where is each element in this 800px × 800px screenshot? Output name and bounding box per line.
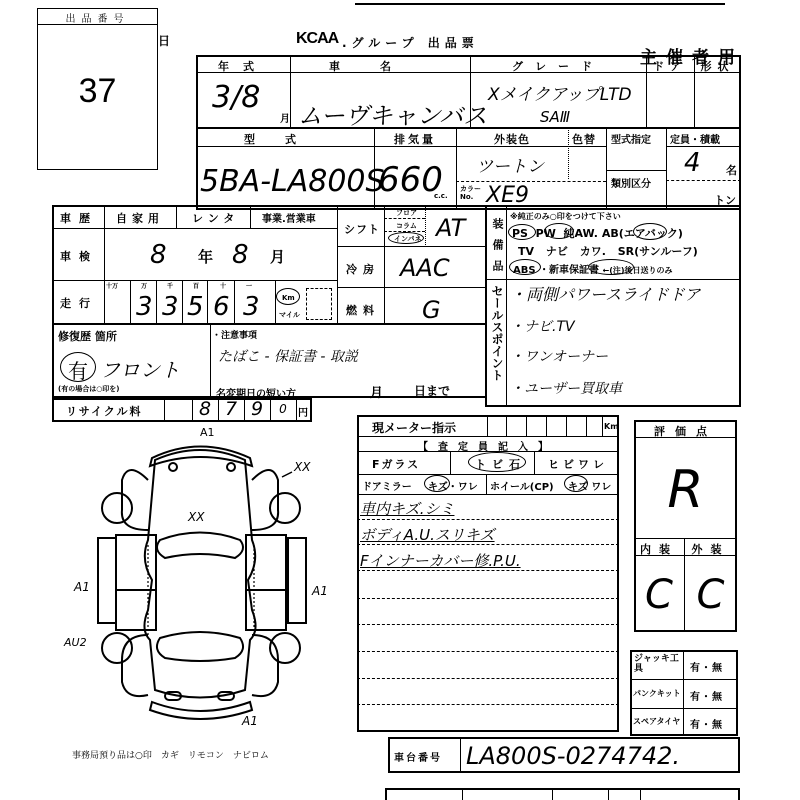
- mirror-circle-mark: [424, 475, 450, 492]
- meter-unit: Km: [604, 422, 619, 431]
- displacement-unit: c.c.: [434, 192, 448, 200]
- fglass-label: Fガラス: [372, 456, 420, 472]
- abs-circle-mark: [509, 259, 541, 275]
- pw-circle-mark: [544, 223, 574, 239]
- form-title: .グループ 出品票: [342, 34, 479, 51]
- mileage-digit: 5: [187, 292, 204, 322]
- grade-label: グレード: [470, 58, 646, 74]
- diagram-mark: A1: [242, 714, 258, 728]
- org-logo: KCAA: [296, 30, 338, 48]
- diagram-mark: A1: [200, 426, 215, 439]
- shift-circle-mark: [388, 232, 424, 244]
- shift-option-floor: フロア: [396, 208, 417, 218]
- year-value: 3/8: [212, 80, 260, 115]
- remark-line: 車内キズ.シミ: [360, 498, 454, 519]
- accessory-label: スペアタイヤ: [633, 716, 680, 727]
- exterior-label: 外装: [684, 541, 737, 557]
- repair-circle-mark: [60, 352, 96, 382]
- wheel-label: ホイール(CP): [490, 478, 554, 493]
- mirror-label: ドアミラー: [362, 478, 412, 493]
- warranty-circle-mark: [588, 259, 634, 275]
- shift-label: シフト: [344, 221, 380, 237]
- digit-label-100k: 十万: [106, 281, 118, 290]
- grade-value-2: SAⅢ: [540, 108, 570, 126]
- chassis-label: 車台番号: [394, 749, 442, 764]
- diagram-mark: A1: [74, 580, 90, 594]
- lot-number-label: 出品番号: [37, 10, 158, 25]
- recycle-unit: 円: [298, 404, 308, 419]
- accessory-value: 有・無: [690, 659, 723, 674]
- inspection-year-char: 年: [198, 246, 215, 267]
- color-change-label: 色替: [572, 131, 596, 147]
- chip-circle-mark: [468, 452, 526, 472]
- digit-label-1: 一: [246, 281, 252, 290]
- chassis-value: LA800S-0274742.: [466, 742, 680, 770]
- recycle-digit: 7: [218, 398, 244, 420]
- accessory-label: パンクキット: [633, 688, 681, 699]
- remark-line: Fインナーカバー修.P.U.: [360, 550, 521, 571]
- diagram-mark: A1: [312, 584, 328, 598]
- recycle-label: リサイクル料: [66, 403, 142, 419]
- interior-value: C: [634, 572, 684, 618]
- accessory-value: 有・無: [690, 688, 723, 703]
- capacity-value: 4: [684, 148, 701, 178]
- inspector-label: 【査定員記入】: [357, 438, 619, 453]
- notes-label: ・注意事項: [212, 328, 257, 341]
- exterior-value: C: [684, 572, 737, 618]
- equip-navi: ナビ: [546, 245, 568, 258]
- shape-label: 形状: [694, 58, 741, 74]
- digit-label-10k: 万: [141, 281, 147, 290]
- inspection-month-char: 月: [270, 246, 287, 267]
- fuel-value: G: [422, 296, 441, 324]
- model-value: 5BA-LA800S: [200, 164, 385, 199]
- car-name-value: ムーヴキャンバス: [298, 96, 487, 131]
- door-label: ドア: [646, 58, 694, 74]
- aircon-label: 冷房: [346, 261, 380, 277]
- shift-value: AT: [436, 214, 465, 242]
- capacity-unit: 名: [726, 162, 739, 178]
- year-month-char: 月: [280, 110, 292, 125]
- day-char: 日: [158, 32, 172, 49]
- accessory-value: 有・無: [690, 716, 723, 731]
- color-label: 外装色: [494, 131, 530, 147]
- interior-label: 内装: [634, 541, 684, 557]
- diagram-mark: AU2: [64, 636, 87, 649]
- equipment-line-2: TV ナビ カワ. SR(サンルーフ): [518, 243, 698, 259]
- equip-tv: TV: [518, 245, 534, 258]
- displacement-label: 排気量: [374, 131, 456, 147]
- notes-value: たばこ ‐ 保証書 ‐ 取説: [218, 346, 358, 366]
- recycle-digit: 0: [270, 402, 296, 416]
- inspection-year: 8: [150, 240, 167, 270]
- usage-option-rental: レンタ: [192, 210, 239, 226]
- color-value: ツートン: [476, 152, 544, 177]
- ab-circle-mark: [633, 223, 667, 240]
- diagram-mark: XX: [188, 510, 204, 524]
- sales-point-item: ・ユーザー買取車: [510, 378, 622, 398]
- mileage-digit: 3: [162, 292, 179, 322]
- diagram-mark: XX: [294, 460, 310, 474]
- repair-label: 修復歴 箇所: [58, 328, 117, 344]
- ps-circle-mark: [508, 224, 536, 240]
- mileage-unit-mile: マイル: [279, 310, 300, 320]
- usage-label: 車歴: [60, 210, 98, 226]
- bottom-table-edge: [385, 788, 740, 800]
- digit-label-1k: 千: [167, 281, 173, 290]
- km-circle-mark: [276, 288, 300, 305]
- car-name-label: 車名: [290, 58, 470, 74]
- usage-option-private: 自家用: [116, 210, 164, 226]
- aircon-value: AAC: [400, 254, 450, 282]
- keys-note: 事務局預り品は○印 カギ リモコン ナビロム: [72, 748, 269, 761]
- digit-label-10: 十: [220, 281, 226, 290]
- wheel-circle-mark: [564, 475, 588, 492]
- recycle-digit: 8: [192, 398, 218, 420]
- sales-point-item: ・両側パワースライドドア: [510, 282, 700, 305]
- sales-points-label: セールスポイント: [489, 285, 506, 381]
- year-label: 年式: [196, 58, 290, 74]
- model-label: 型式: [196, 131, 374, 147]
- inspection-month: 8: [232, 240, 249, 270]
- mile-box: [306, 288, 332, 320]
- type-designation-label: 型式指定: [611, 131, 651, 146]
- repair-location: フロント: [100, 354, 180, 383]
- shift-option-column: コラム: [396, 221, 417, 231]
- accessory-label: ジャッキ工具: [634, 654, 680, 674]
- fuel-label: 燃料: [346, 302, 380, 318]
- recycle-digit: 9: [244, 398, 270, 420]
- mileage-label: 走行: [60, 295, 98, 311]
- lot-number: 37: [37, 72, 158, 111]
- mileage-digit: 6: [213, 292, 230, 322]
- repair-note: (有の場合は○印を): [58, 384, 120, 394]
- equip-ab: AB: [602, 227, 619, 240]
- inspection-label: 車検: [60, 248, 98, 264]
- capacity-label: 定員・積載: [670, 131, 720, 146]
- sales-point-item: ・ワンオーナー: [510, 346, 608, 366]
- equip-sr: SR(サンルーフ): [618, 245, 698, 258]
- deadline-month: 月: [370, 382, 385, 401]
- sales-point-item: ・ナビ.TV: [510, 316, 575, 336]
- remark-line: ボディA.U.スリキズ: [360, 524, 495, 545]
- equip-leather: カワ.: [580, 245, 606, 258]
- grade-value: XメイクアップLTD: [488, 80, 632, 105]
- deadline-day: 日まで: [414, 382, 450, 399]
- score-label: 評価点: [634, 423, 737, 439]
- mileage-digit: 3: [136, 292, 153, 322]
- equipment-note: ※純正のみ○印をつけて下さい: [510, 211, 621, 222]
- digit-label-100: 百: [193, 281, 199, 290]
- meter-label: 現メーター指示: [372, 419, 456, 436]
- color-code-label: カラーNo.: [460, 185, 482, 201]
- category-label: 類別区分: [611, 175, 651, 190]
- mileage-digit: 3: [243, 292, 260, 322]
- score-value: R: [634, 460, 737, 520]
- usage-option-business: 事業.営業車: [262, 210, 316, 225]
- equipment-label: 装備品: [489, 218, 505, 281]
- fglass-option-crack: ヒビワレ: [548, 456, 608, 472]
